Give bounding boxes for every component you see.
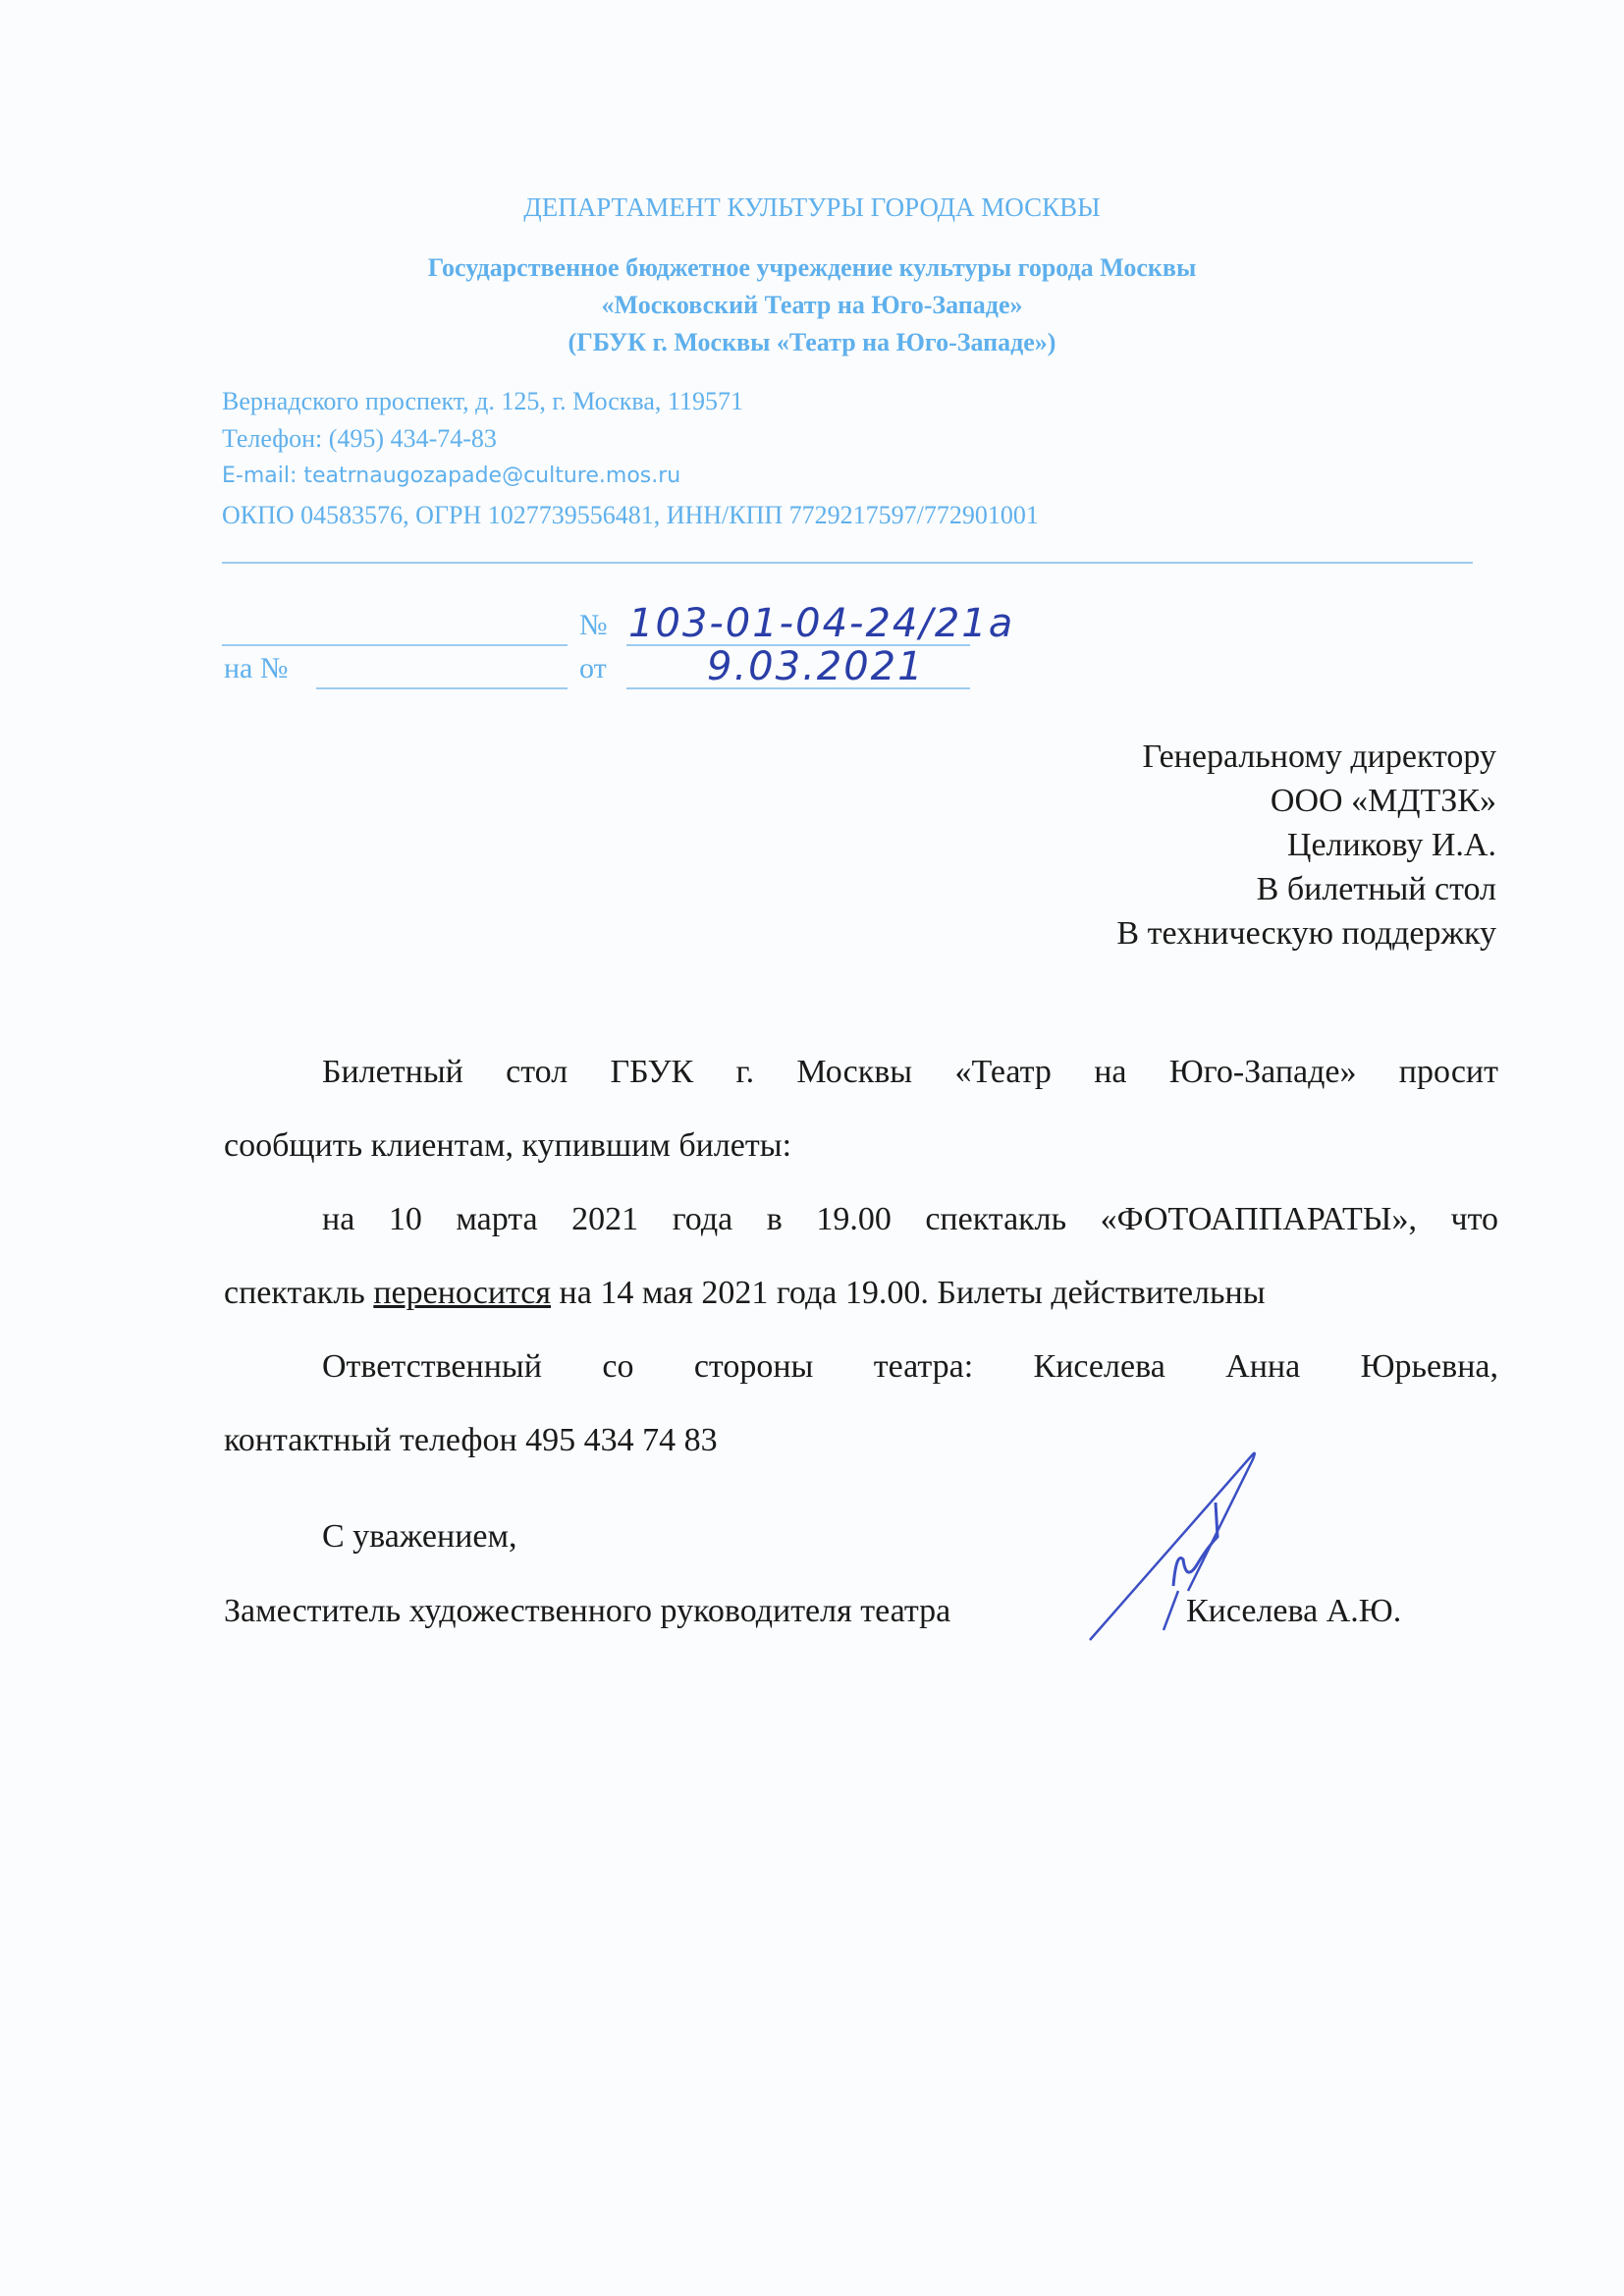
paragraph-1-line-1: Билетный стол ГБУК г. Москвы «Театр на Ю… bbox=[224, 1035, 1498, 1109]
letter-body: Билетный стол ГБУК г. Москвы «Театр на Ю… bbox=[224, 1035, 1498, 1477]
letterhead-divider bbox=[222, 562, 1473, 564]
addressee-block: Генеральному директору ООО «МДТЗК» Целик… bbox=[1116, 735, 1496, 956]
handwritten-date: 9.03.2021 bbox=[707, 644, 925, 689]
addressee-line: Целикову И.А. bbox=[1116, 823, 1496, 867]
org-address: Вернадского проспект, д. 125, г. Москва,… bbox=[222, 387, 743, 416]
reply-number-line bbox=[316, 687, 568, 689]
paragraph-3-line-1: Ответственный со стороны театра: Киселев… bbox=[224, 1330, 1498, 1403]
number-label: № bbox=[579, 609, 608, 642]
org-email[interactable]: E-mail: teatrnaugozapade@culture.mos.ru bbox=[222, 464, 680, 488]
text-span: на 14 мая 2021 года 19.00. Билеты действ… bbox=[551, 1275, 1266, 1311]
org-name-line-2: «Московский Театр на Юго-Западе» bbox=[0, 291, 1624, 320]
signer-position: Заместитель художественного руководителя… bbox=[224, 1593, 950, 1630]
addressee-line: В билетный стол bbox=[1116, 867, 1496, 911]
text-span: спектакль bbox=[224, 1275, 373, 1311]
outgoing-blank-line bbox=[222, 644, 568, 646]
signature-icon bbox=[1080, 1444, 1276, 1650]
org-registry-codes: ОКПО 04583576, ОГРН 1027739556481, ИНН/К… bbox=[222, 501, 1039, 530]
addressee-line: ООО «МДТЗК» bbox=[1116, 779, 1496, 823]
org-name-line-1: Государственное бюджетное учреждение кул… bbox=[0, 253, 1624, 283]
reply-number-label: на № bbox=[224, 652, 289, 685]
addressee-line: Генеральному директору bbox=[1116, 735, 1496, 779]
paragraph-3-line-2: контактный телефон 495 434 74 83 bbox=[224, 1403, 1498, 1477]
handwritten-number: 103-01-04-24/21а bbox=[628, 601, 1014, 646]
postponed-word: переносится bbox=[373, 1275, 551, 1311]
date-label: от bbox=[579, 652, 607, 685]
org-name-line-3: (ГБУК г. Москвы «Театр на Юго-Западе») bbox=[0, 328, 1624, 357]
department-title: ДЕПАРТАМЕНТ КУЛЬТУРЫ ГОРОДА МОСКВЫ bbox=[0, 192, 1624, 223]
paragraph-1-line-2: сообщить клиентам, купившим билеты: bbox=[224, 1109, 1498, 1182]
addressee-line: В техническую поддержку bbox=[1116, 911, 1496, 956]
org-phone: Телефон: (495) 434-74-83 bbox=[222, 424, 497, 454]
paragraph-2-line-2: спектакль переносится на 14 мая 2021 год… bbox=[224, 1256, 1498, 1330]
paragraph-2-line-1: на 10 марта 2021 года в 19.00 спектакль … bbox=[224, 1182, 1498, 1256]
regards: С уважением, bbox=[322, 1518, 517, 1556]
